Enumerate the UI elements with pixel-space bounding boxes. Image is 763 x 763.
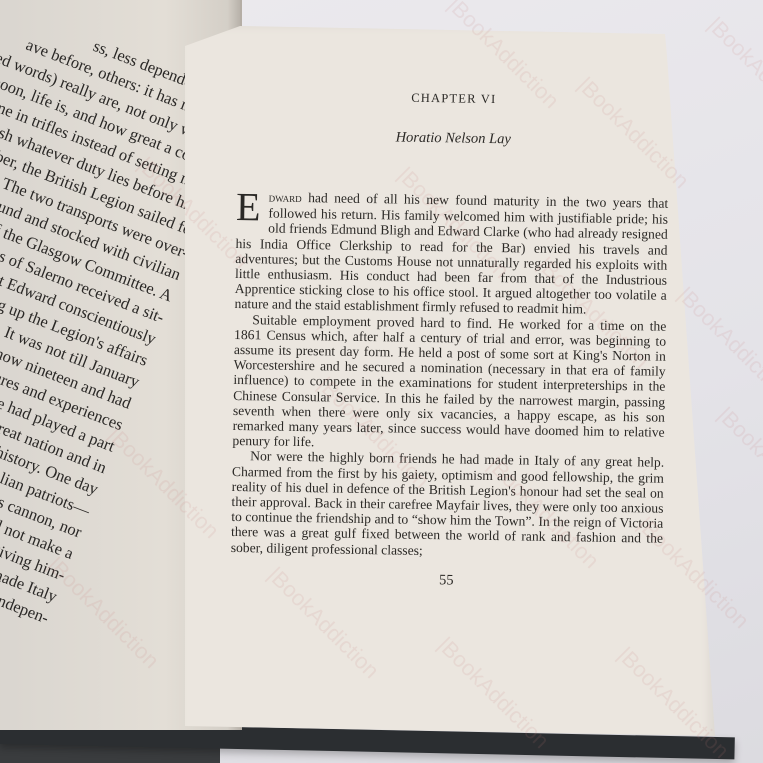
- right-page-content: CHAPTER VI Horatio Nelson Lay Edward had…: [230, 88, 670, 593]
- first-word-smallcaps: dward: [269, 190, 302, 205]
- paragraph-1: Edward had need of all his new found mat…: [234, 189, 668, 318]
- paragraph-2: Suitable employment proved hard to find.…: [232, 312, 666, 456]
- paragraph-3: Nor were the highly born friends he had …: [231, 448, 665, 561]
- drop-cap: E: [236, 191, 261, 223]
- paragraph-text: had need of all his new found maturity i…: [234, 190, 668, 317]
- chapter-title: Horatio Nelson Lay: [237, 127, 669, 152]
- body-text: Edward had need of all his new found mat…: [231, 189, 669, 562]
